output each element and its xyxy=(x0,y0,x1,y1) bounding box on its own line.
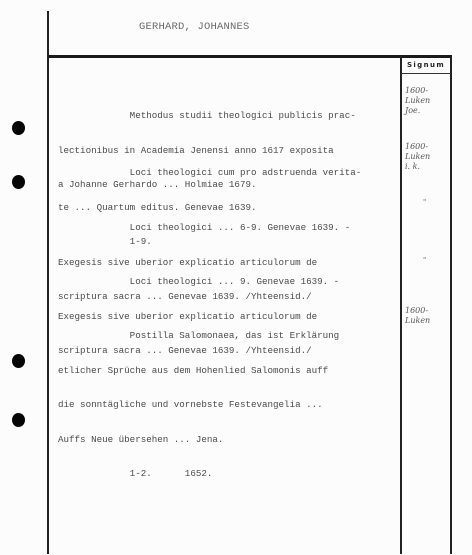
ditto-mark: " xyxy=(423,198,426,206)
entry-line: Methodus studii theologici publicis prac… xyxy=(58,110,394,122)
entry-line: Auffs Neue übersehen ... Jena. xyxy=(58,434,394,446)
entry-line: etlicher Sprüche aus dem Hohenlied Salom… xyxy=(58,365,394,377)
signum-note: 1600- Luken Joe. xyxy=(405,86,450,116)
entry-line: Loci theologici ... 9. Genevae 1639. - xyxy=(58,276,394,288)
header-rule xyxy=(48,55,452,58)
signum-note: 1600- Luken xyxy=(405,306,450,326)
signum-column-right-rule xyxy=(450,56,452,554)
ditto-mark: " xyxy=(423,256,426,264)
signum-column-label: Signum xyxy=(401,58,451,74)
punch-hole xyxy=(12,175,25,189)
entry-line: Loci theologici cum pro adstruenda verit… xyxy=(58,167,394,179)
bibliographic-entry: Postilla Salomonaea, das ist Erklärung e… xyxy=(58,307,394,503)
entry-line: Postilla Salomonaea, das ist Erklärung xyxy=(58,330,394,342)
entry-line: Loci theologici ... 6-9. Genevae 1639. - xyxy=(58,222,394,234)
catalog-card: GERHARD, JOHANNES Signum Methodus studii… xyxy=(0,0,472,555)
entry-line: 1-2. 1652. xyxy=(58,468,394,480)
punch-hole xyxy=(12,413,25,427)
punch-hole xyxy=(12,121,25,135)
left-margin-rule xyxy=(47,11,49,554)
signum-note: 1600- Luken i. k. xyxy=(405,142,450,172)
signum-column-left-rule xyxy=(400,56,402,554)
card-heading: GERHARD, JOHANNES xyxy=(139,21,250,33)
punch-hole xyxy=(12,354,25,368)
entry-line: die sonntägliche und vornebste Festevang… xyxy=(58,399,394,411)
